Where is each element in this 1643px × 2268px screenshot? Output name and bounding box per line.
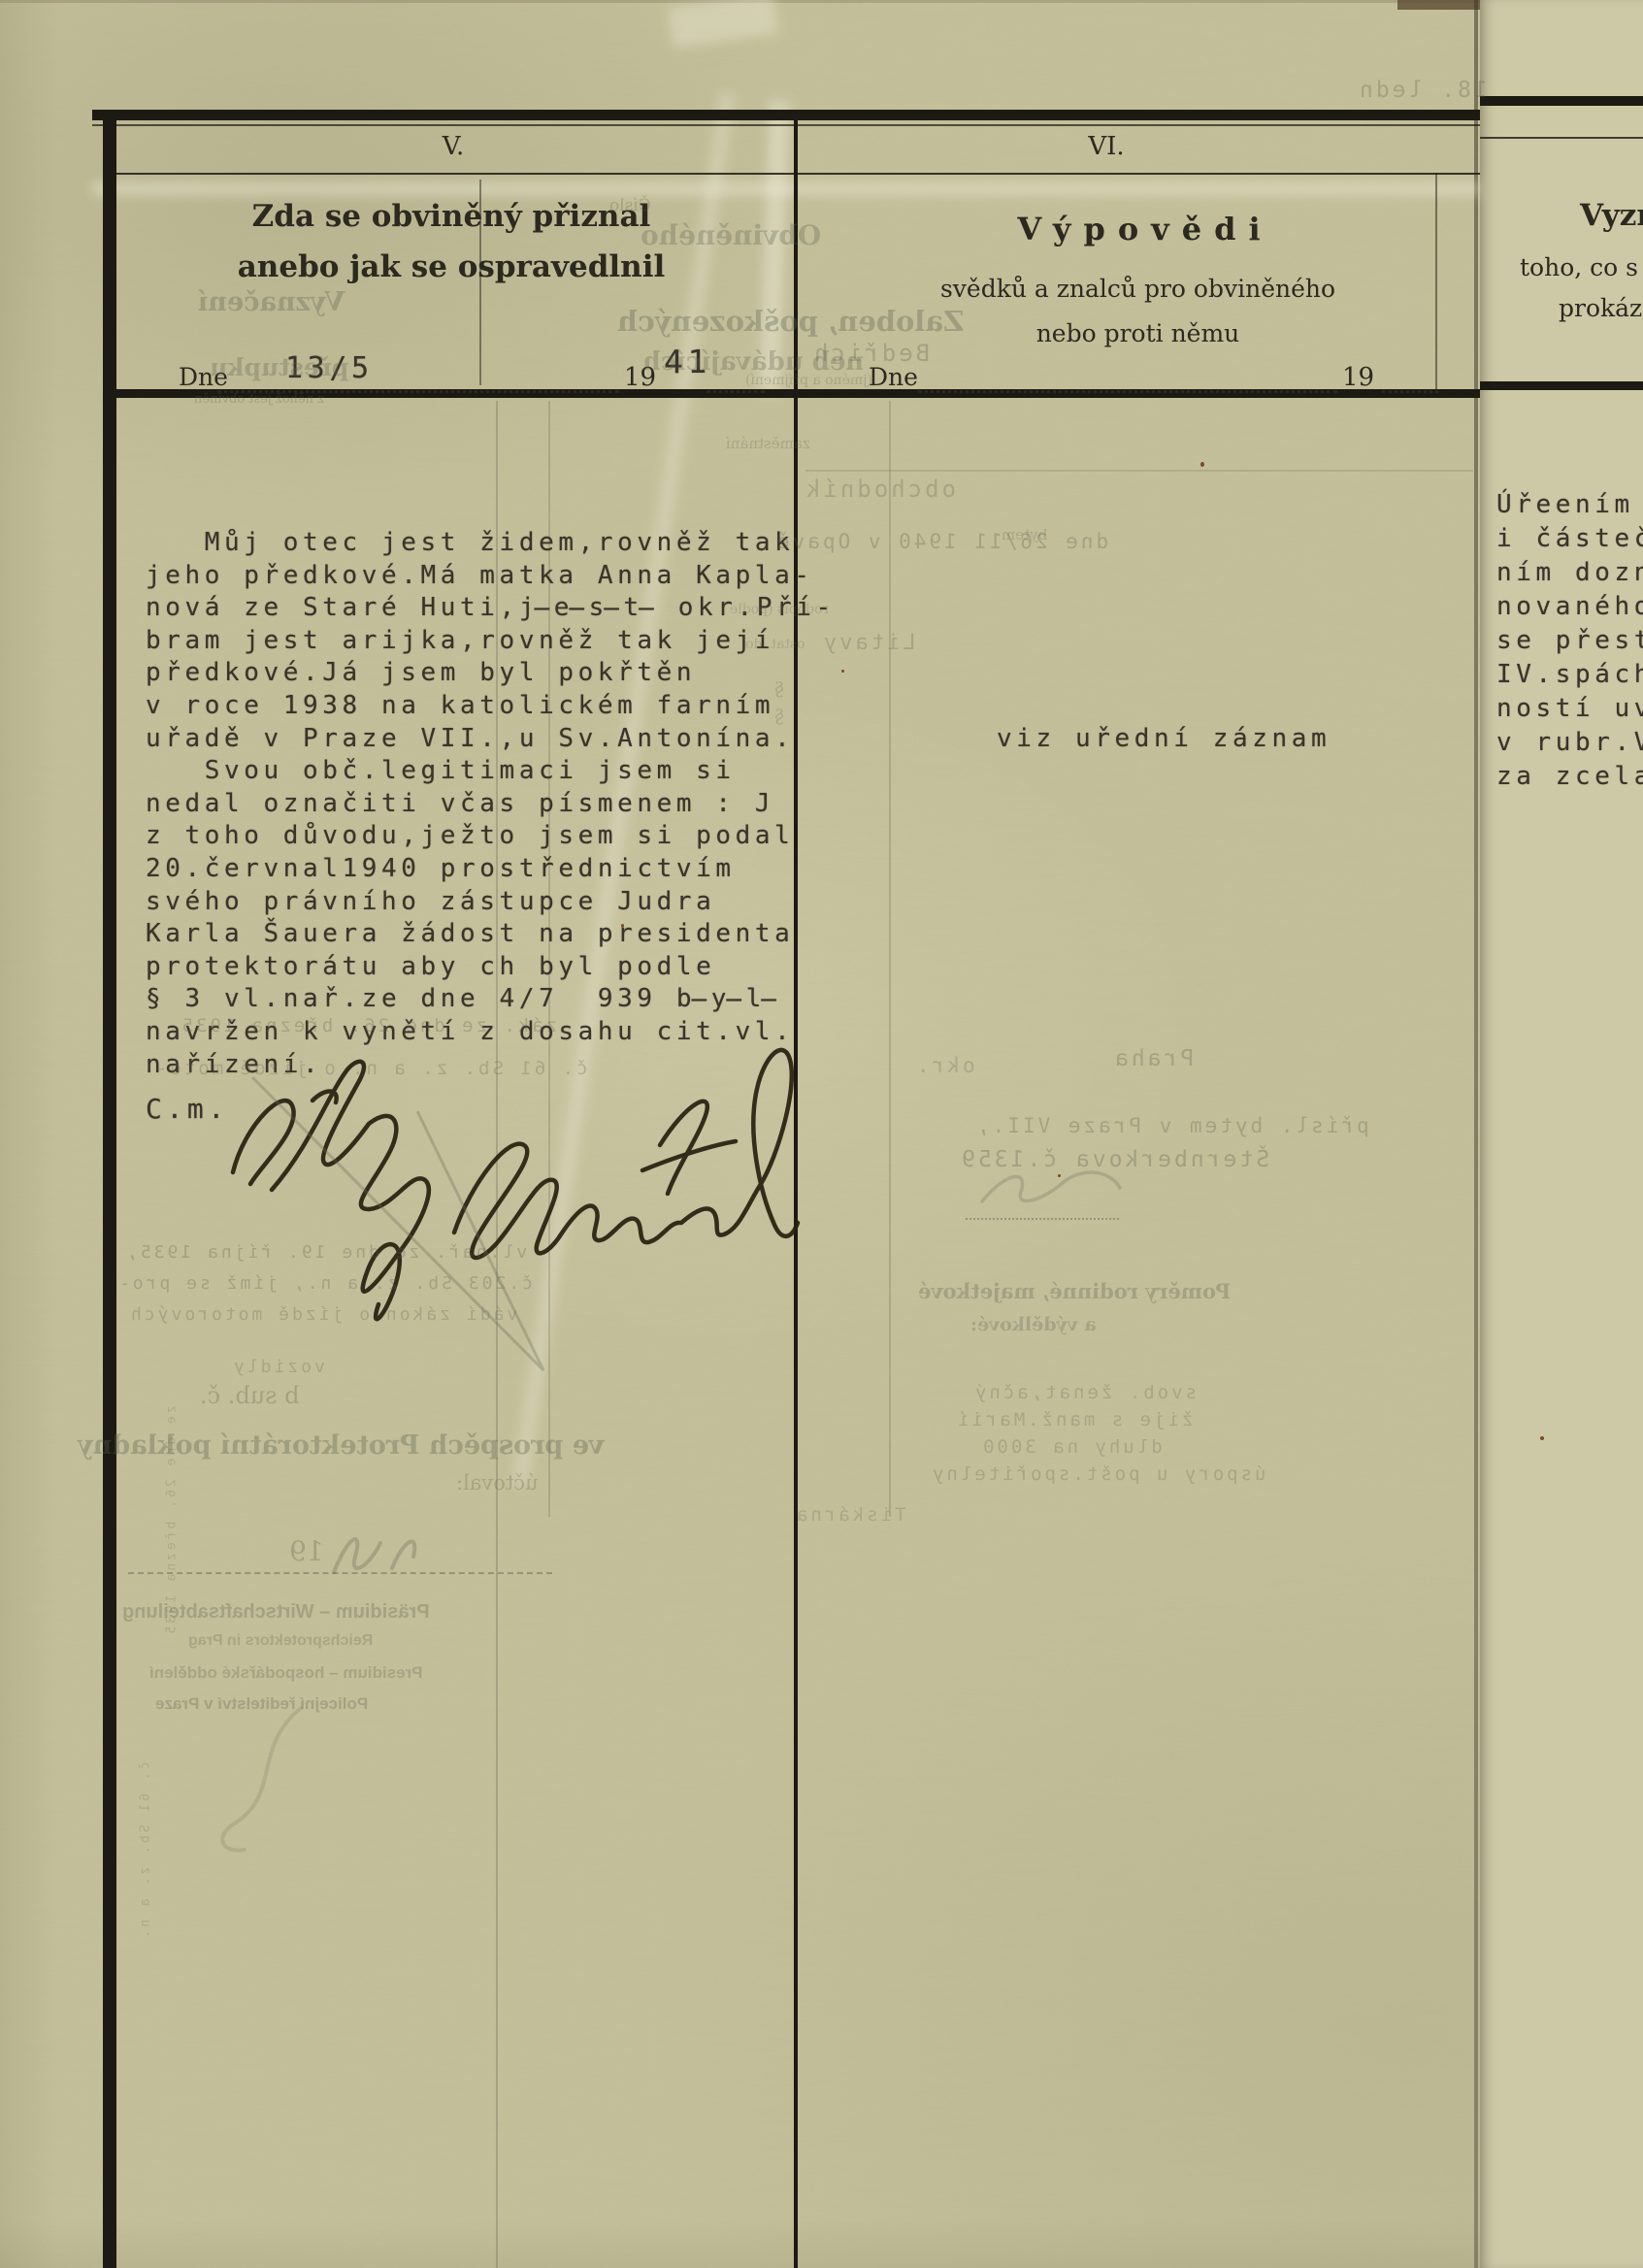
- column-vii-subtitle1-partial: toho, co s: [1520, 253, 1638, 281]
- bleedthrough-text: Šternberkova č.1359: [959, 1147, 1269, 1172]
- confession-line: bram jest arijka,rovněž tak její: [146, 625, 836, 658]
- bleedthrough-text: č. 61 Sb. z. a n. o jízdě moto-: [153, 1058, 588, 1079]
- bleedthrough-text: okr.: [914, 1054, 975, 1077]
- right-column-line: Úřeením: [1496, 488, 1643, 522]
- confession-line: svého právního zástupce Judra: [146, 886, 836, 919]
- bleedthrough-text: rodopis (podle: [730, 602, 829, 617]
- column-vi-number: VI.: [1019, 132, 1194, 161]
- bleedthrough-text: Reichsprotektors in Prag: [188, 1632, 373, 1650]
- confession-line: 20.červnal1940 prostřednictvím: [146, 853, 836, 886]
- bleedthrough-text: žije s manž.Marií: [955, 1409, 1193, 1430]
- bleed-horizontal-line: [805, 470, 1473, 472]
- confession-line: protektorátu aby ch byl podle: [146, 951, 836, 984]
- bleedthrough-text: Poměry rodinné, majetkové: [918, 1279, 1231, 1303]
- bleedthrough-text: Zaloben, poškozených: [617, 305, 964, 338]
- right-column-line: za zcela: [1496, 760, 1643, 794]
- overlay-border-top: [1480, 96, 1643, 106]
- scanned-form-page: V. VI. Zda se obviněný přiznal anebo jak…: [0, 0, 1643, 2268]
- right-column-text: Úřeeními částečním doznnovanéhose přestI…: [1496, 433, 1643, 794]
- witness-note: viz uřední záznam: [997, 724, 1331, 753]
- bleedthrough-text: 18. ledn: [1357, 78, 1488, 103]
- bleedthrough-text: ze dne 26. března 1935: [165, 1405, 180, 1636]
- bleed-handwriting-date: [320, 1514, 437, 1592]
- bleedthrough-text: a výdělkové:: [970, 1314, 1097, 1335]
- closing-mark: C.m.: [146, 1093, 229, 1125]
- bleedthrough-text: dluhy na 3000: [980, 1436, 1163, 1458]
- confession-line: § 3 vl.nař.ze dne 4/7 939 b̶y̶l̶: [146, 983, 836, 1016]
- bleedthrough-text: §: [774, 677, 784, 701]
- bleedthrough-text: zák. ze dne 26. března 1935,: [165, 1015, 557, 1036]
- column-vi-date-dotted-line-end: [1382, 361, 1438, 393]
- border-left-thick: [103, 110, 116, 2268]
- bleed-dotted-line: [966, 1218, 1119, 1220]
- bleed-dashed-line: [128, 1572, 552, 1574]
- bleed-checkmark: [233, 1058, 563, 1388]
- column-vi-title: Výpovědi: [854, 211, 1436, 247]
- bleedthrough-text: č.203 Sb. z. a n., jímž se pro-: [116, 1273, 533, 1294]
- bleedthrough-text: Obviněného: [641, 219, 821, 251]
- page-fold-edge: [1474, 0, 1478, 2268]
- column-v-title-line2: anebo jak se ospravedlnil: [146, 249, 757, 284]
- bleedthrough-text: vl.nař. ze dne 19. října 1935,: [124, 1242, 527, 1263]
- bleedthrough-text: Bedřich: [811, 340, 930, 367]
- top-tear-highlight: [668, 0, 779, 48]
- border-top-thick: [92, 110, 1480, 120]
- bleedthrough-text: úspory u pošt.spořitelny: [930, 1463, 1266, 1485]
- bleedthrough-text: Tiskárna: [794, 1504, 906, 1526]
- bleedthrough-text: č. 61 Sb. z. a n.: [139, 1761, 153, 1940]
- column-v-number: V.: [369, 132, 538, 161]
- column-vii-title-partial: Vyzn: [1580, 198, 1643, 233]
- bleedthrough-text: Policejní ředitelství v Praze: [155, 1694, 368, 1714]
- bleedthrough-text: Presidium – hospodářské oddělení: [149, 1663, 423, 1683]
- bleedthrough-text: (jméno a příjmení): [745, 373, 872, 388]
- column-vi-right-line: [1435, 173, 1437, 390]
- column-vi-date-dotted-line: [918, 361, 1337, 393]
- bleedthrough-text: Číslo: [609, 196, 651, 215]
- bleedthrough-text: svob. ženat,ačný: [972, 1382, 1197, 1403]
- confession-line: předkové.Já jsem byl pokřtěn: [146, 657, 836, 690]
- bleedthrough-text: b sub. č.: [200, 1382, 299, 1409]
- right-column-line: i částeč: [1496, 522, 1643, 556]
- column-vi-year-prefix: 19: [1342, 363, 1374, 392]
- column-vi-date-label: Dne: [869, 363, 918, 391]
- overlay-label-row-line: [1480, 137, 1643, 139]
- right-column-line: novaného: [1496, 590, 1643, 624]
- bleedthrough-text: obchodník: [804, 476, 956, 503]
- paper-speck: [621, 924, 624, 928]
- right-column-line: ním dozn: [1496, 556, 1643, 590]
- bleedthrough-text: Vyznačení: [198, 287, 345, 317]
- border-top-thin: [92, 124, 1480, 126]
- bleed-handwriting-flourish: [194, 1698, 330, 1863]
- confession-line: uřadě v Praze VII.,u Sv.Antonína.: [146, 723, 836, 756]
- right-column-line: se přest: [1496, 624, 1643, 658]
- right-column-line: IV.spách: [1496, 658, 1643, 692]
- paper-speck: [1540, 1436, 1544, 1440]
- horizontal-crease-streak: [92, 182, 1480, 195]
- bleed-vertical-line-3: [889, 401, 891, 1517]
- right-column-line: ností uv: [1496, 692, 1643, 726]
- bleedthrough-text: vádí zákon o jízdě motorových: [128, 1304, 517, 1325]
- bleedthrough-text: z něhož jest obviněn: [194, 392, 324, 407]
- confession-text: Můj otec jest židem,rovněž takjeho předk…: [146, 472, 836, 1081]
- bleedthrough-text: Litavy: [821, 631, 915, 655]
- column-vii-subtitle2-partial: prokáza: [1559, 294, 1643, 322]
- confession-line: Můj otec jest židem,rovněž tak: [146, 527, 836, 560]
- paper-speck: [1058, 1174, 1061, 1177]
- confession-line: jeho předkové.Má matka Anna Kapla-: [146, 560, 836, 593]
- overlapping-page-strip: [1480, 0, 1643, 2268]
- bleedthrough-text: bytem: [1002, 526, 1047, 543]
- bleedthrough-text: dne 26/11 1940 v Opavě: [774, 530, 1108, 553]
- bleedthrough-text: vozidly: [231, 1357, 325, 1377]
- bleedthrough-text: zaměstnání: [726, 435, 810, 452]
- confession-line: Svou obč.legitimaci jsem si: [146, 755, 836, 788]
- bleedthrough-text: ve prospěch Protektorátní pokladny: [78, 1430, 605, 1461]
- confession-line: nedal označiti včas písmenem : J: [146, 788, 836, 821]
- column-divider-v-vi: [794, 110, 798, 2268]
- paper-speck: [1200, 462, 1204, 467]
- right-column-line: v rubr.V: [1496, 726, 1643, 760]
- bleedthrough-text: ostat. do: [745, 637, 805, 652]
- bleedthrough-text: Praha: [1112, 1046, 1194, 1071]
- confession-line: v roce 1938 na katolickém farním: [146, 690, 836, 723]
- confession-line: z toho důvodu,ježto jsem si podal: [146, 820, 836, 853]
- overlay-header-bottom-thick: [1480, 381, 1643, 390]
- bleedthrough-text: přestupku: [210, 353, 348, 381]
- paper-speck: [841, 670, 844, 673]
- bleedthrough-text: účtoval:: [456, 1471, 539, 1495]
- confession-line: Karla Šauera žádost na presidenta: [146, 918, 836, 951]
- bleedthrough-text: přísl. bytem v Praze VII.,: [974, 1114, 1369, 1137]
- bleedthrough-text: §: [774, 705, 784, 728]
- bleedthrough-text: 19: [289, 1535, 324, 1567]
- column-vi-subtitle-line1: svědků a znalců pro obviněného: [854, 275, 1422, 303]
